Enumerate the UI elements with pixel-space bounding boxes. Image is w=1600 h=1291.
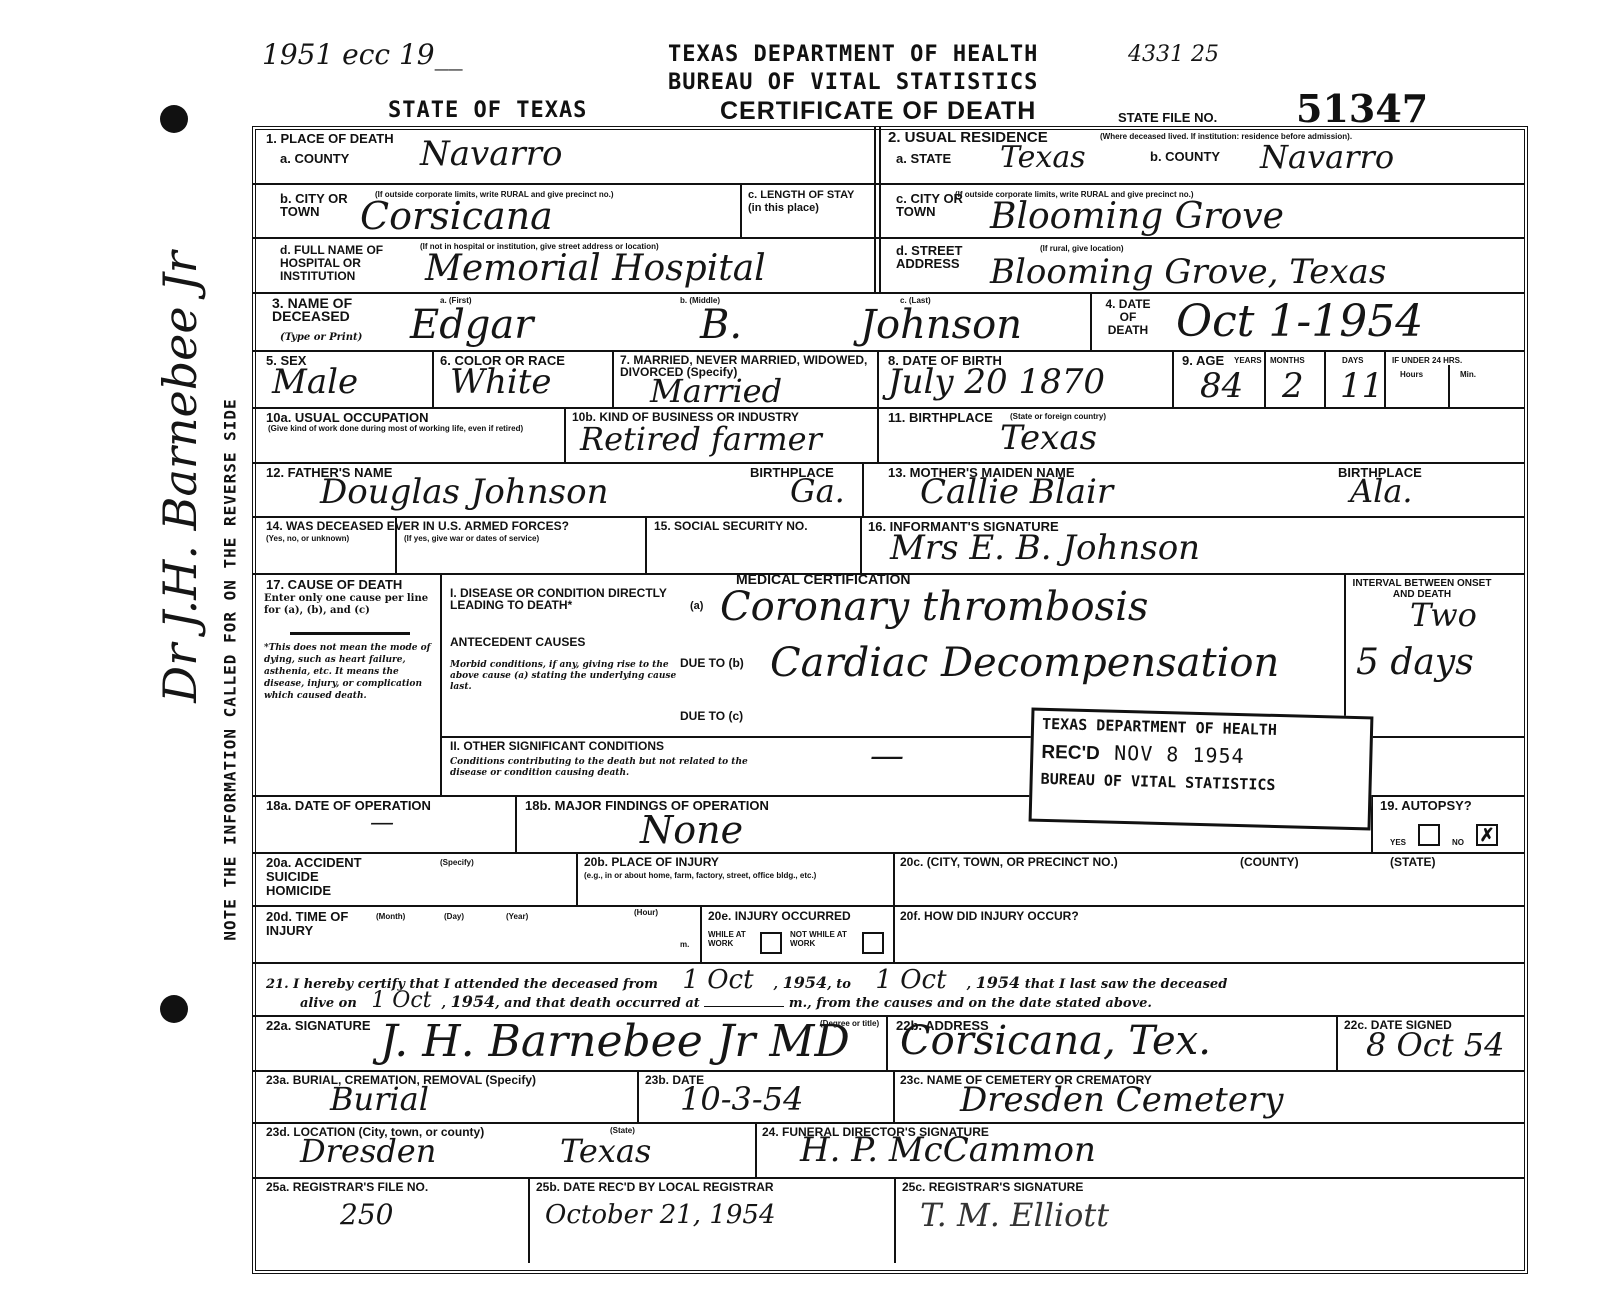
alive-on-label: alive on: [300, 996, 357, 1011]
burial-date-value[interactable]: 10-3-54: [680, 1080, 803, 1118]
condition-label: I. DISEASE OR CONDITION DIRECTLY LEADING…: [450, 587, 690, 611]
divider: [612, 350, 614, 407]
burial-type-value[interactable]: Burial: [330, 1080, 429, 1118]
res-state-value[interactable]: Texas: [1000, 140, 1086, 175]
divider: [637, 1070, 639, 1122]
age-months-value[interactable]: 2: [1282, 366, 1304, 406]
accident-label: 20a. ACCIDENT SUICIDE HOMICIDE: [266, 856, 376, 898]
other-conditions-value[interactable]: —: [870, 736, 904, 776]
injury-month-label: (Month): [376, 912, 405, 921]
cause-label: 17. CAUSE OF DEATH: [266, 578, 402, 591]
attended-from-value[interactable]: 1 Oct: [682, 965, 753, 995]
operation-findings-value[interactable]: None: [640, 808, 743, 852]
attended-to-year[interactable]: 1954: [976, 973, 1021, 992]
divider: [1264, 350, 1266, 407]
attended-from-year[interactable]: 1954: [783, 973, 828, 992]
informant-value[interactable]: Mrs E. B. Johnson: [890, 528, 1200, 568]
cause-b-marker: DUE TO (b): [680, 657, 744, 670]
mother-birthplace-value[interactable]: Ala.: [1350, 472, 1413, 510]
divider: [290, 632, 410, 635]
accident-specify: (Specify): [440, 858, 474, 867]
how-injury-label: 20f. HOW DID INJURY OCCUR?: [900, 910, 1079, 923]
divider: [893, 1070, 895, 1122]
operation-date-value[interactable]: —: [370, 808, 394, 836]
divider: [700, 905, 702, 962]
date-of-death-label: 4. DATE OF DEATH: [1100, 298, 1156, 337]
divider: [432, 350, 434, 407]
divider: [862, 462, 864, 516]
divider: [877, 350, 879, 462]
divider: [1324, 350, 1326, 407]
marital-value[interactable]: Married: [650, 372, 782, 410]
res-street-label: d. STREET ADDRESS: [896, 244, 976, 270]
under-24-label: IF UNDER 24 HRS.: [1392, 356, 1462, 365]
death-county-value[interactable]: Navarro: [420, 134, 562, 174]
divider: [252, 350, 1524, 352]
attended-to-value[interactable]: 1 Oct: [875, 965, 946, 995]
injury-hour-label: (Hour): [634, 908, 658, 917]
age-years-label: YEARS: [1234, 356, 1262, 365]
occupation-label: 10a. USUAL OCCUPATION: [266, 411, 429, 424]
alive-on-year[interactable]: 1954: [451, 992, 496, 1011]
birthplace-value[interactable]: Texas: [1000, 418, 1097, 458]
dob-value[interactable]: July 20 1870: [888, 362, 1105, 402]
agency-line-1: TEXAS DEPARTMENT OF HEALTH: [668, 42, 1038, 67]
reverse-side-note: NOTE THE INFORMATION CALLED FOR ON THE R…: [221, 270, 240, 1070]
physician-address-value[interactable]: Corsicana, Tex.: [900, 1018, 1211, 1064]
injury-county-label: (COUNTY): [1240, 856, 1299, 869]
divider: [252, 962, 1524, 964]
autopsy-label: 19. AUTOPSY?: [1380, 799, 1472, 812]
divider: [515, 795, 517, 852]
last-name-value[interactable]: Johnson: [860, 302, 1022, 348]
injury-state-label: (STATE): [1390, 856, 1436, 869]
stamp-date: NOV 8 1954: [1114, 741, 1245, 768]
cause-a-value[interactable]: Coronary thrombosis: [720, 584, 1148, 630]
state-of-texas: STATE OF TEXAS: [388, 98, 587, 123]
other-conditions-note: Conditions contributing to the death but…: [450, 757, 780, 779]
age-days-label: DAYS: [1342, 356, 1364, 365]
at-work-checkbox[interactable]: [760, 932, 782, 954]
divider: [252, 462, 1524, 464]
certify-text-b: that I last saw the deceased: [1025, 977, 1228, 992]
death-county-label: a. COUNTY: [280, 152, 349, 165]
autopsy-yes-label: YES: [1390, 838, 1406, 847]
other-conditions-label: II. OTHER SIGNIFICANT CONDITIONS: [450, 740, 664, 753]
res-street-value[interactable]: Blooming Grove, Texas: [990, 252, 1386, 292]
registrar-file-value[interactable]: 250: [340, 1198, 393, 1231]
divider: [893, 852, 895, 962]
date-signed-value[interactable]: 8 Oct 54: [1366, 1026, 1504, 1064]
divider: [1090, 292, 1092, 350]
funeral-director-value[interactable]: H. P. McCammon: [800, 1130, 1096, 1170]
divider: [252, 183, 1524, 185]
divider: [440, 573, 442, 795]
binder-hole-bottom: [160, 995, 188, 1023]
death-city-value[interactable]: Corsicana: [360, 194, 553, 238]
armed-forces-note-2: (If yes, give war or dates of service): [404, 534, 539, 543]
autopsy-no-label: NO: [1452, 838, 1464, 847]
burial-location-city[interactable]: Dresden: [300, 1132, 436, 1170]
divider: [755, 1122, 757, 1177]
divider: [564, 407, 566, 462]
at-work-label: WHILE AT WORK: [708, 930, 758, 948]
stamp-recd-label: REC'D: [1041, 742, 1100, 765]
cause-instructions: Enter only one cause per line for (a), (…: [264, 593, 434, 617]
first-name-value[interactable]: Edgar: [410, 302, 533, 348]
divider: [252, 1070, 1524, 1072]
min-label: Min.: [1460, 370, 1476, 379]
divider: [252, 1177, 1524, 1179]
divider: [252, 852, 1524, 854]
operation-date-label: 18a. DATE OF OPERATION: [266, 799, 431, 812]
injury-occurred-label: 20e. INJURY OCCURRED: [708, 910, 851, 923]
divider: [576, 852, 578, 905]
divider: [874, 126, 876, 292]
hospital-label: d. FULL NAME OF HOSPITAL OR INSTITUTION: [280, 244, 420, 283]
mother-value[interactable]: Callie Blair: [920, 472, 1113, 512]
injury-m-label: m.: [680, 940, 689, 949]
stamp-line-3: BUREAU OF VITAL STATISTICS: [1040, 770, 1360, 796]
cause-c-marker: DUE TO (c): [680, 710, 743, 723]
not-at-work-label: NOT WHILE AT WORK: [790, 930, 850, 948]
divider: [1336, 1015, 1338, 1070]
antecedent-label: ANTECEDENT CAUSES: [450, 636, 585, 649]
local-registrar-date-label: 25b. DATE REC'D BY LOCAL REGISTRAR: [536, 1181, 774, 1194]
burial-location-state[interactable]: Texas: [560, 1132, 651, 1170]
deceased-name-sub: (Type or Print): [280, 332, 362, 344]
date-of-death-value[interactable]: Oct 1-1954: [1176, 296, 1423, 347]
divider: [1371, 795, 1373, 852]
cause-b-value[interactable]: Cardiac Decompensation: [770, 640, 1279, 686]
place-of-injury-note: (e.g., in or about home, farm, factory, …: [584, 871, 824, 880]
received-stamp: TEXAS DEPARTMENT OF HEALTH REC'D NOV 8 1…: [1029, 708, 1374, 831]
res-state-label: a. STATE: [896, 152, 951, 165]
divider: [860, 516, 862, 573]
antecedent-note: Morbid conditions, if any, giving rise t…: [450, 660, 680, 693]
interval-a-value[interactable]: Two: [1410, 596, 1477, 634]
business-value[interactable]: Retired farmer: [580, 420, 822, 458]
birthplace-label: 11. BIRTHPLACE: [888, 411, 993, 424]
place-of-death-label: 1. PLACE OF DEATH: [266, 132, 394, 145]
autopsy-no-checkbox[interactable]: ✗: [1476, 824, 1498, 846]
divider: [740, 183, 742, 237]
deceased-name-label: 3. NAME OF DECEASED: [272, 297, 372, 323]
physician-signature-value[interactable]: J. H. Barnebee Jr MD: [380, 1016, 850, 1067]
not-at-work-checkbox[interactable]: [862, 932, 884, 954]
interval-b-value[interactable]: 5 days: [1356, 642, 1474, 683]
cause-footnote: *This does not mean the mode of dying, s…: [264, 642, 436, 702]
divider: [894, 1177, 896, 1263]
autopsy-yes-checkbox[interactable]: [1418, 824, 1440, 846]
header-handwritten-right: 4331 25: [1128, 42, 1219, 67]
local-registrar-date-value[interactable]: October 21, 1954: [545, 1200, 775, 1230]
res-county-value[interactable]: Navarro: [1260, 138, 1394, 176]
registrar-file-label: 25a. REGISTRAR'S FILE NO.: [266, 1181, 428, 1194]
age-days-value[interactable]: 11: [1340, 366, 1383, 406]
divider: [252, 1122, 1524, 1124]
header-handwritten-left: 1951 ecc 19__: [262, 38, 463, 71]
time-of-injury-label: 20d. TIME OF INJURY: [266, 910, 356, 938]
state-file-number: 51347: [1296, 86, 1428, 131]
age-years-value[interactable]: 84: [1200, 366, 1243, 406]
divider: [252, 407, 1524, 409]
cemetery-value[interactable]: Dresden Cemetery: [960, 1080, 1283, 1120]
length-of-stay-label: c. LENGTH OF STAY (in this place): [748, 189, 868, 215]
divider: [1344, 573, 1346, 736]
divider: [252, 292, 1524, 294]
divider: [645, 516, 647, 573]
agency-line-2: BUREAU OF VITAL STATISTICS: [668, 70, 1038, 95]
certificate-title: CERTIFICATE OF DEATH: [720, 97, 1036, 126]
binder-hole-top: [160, 105, 188, 133]
res-county-label: b. COUNTY: [1150, 150, 1220, 163]
divider: [252, 905, 1524, 907]
certify-text-c: , and that death occurred at: [495, 996, 700, 1011]
divider: [1448, 365, 1450, 407]
certify-text-a: 21. I hereby certify that I attended the…: [266, 977, 658, 992]
father-birthplace-value[interactable]: Ga.: [790, 472, 845, 510]
armed-forces-note-1: (Yes, no, or unknown): [266, 534, 349, 543]
certify-text-d: m., from the causes and on the date stat…: [789, 996, 1152, 1011]
death-city-label: b. CITY OR TOWN: [280, 192, 370, 218]
divider: [879, 126, 881, 292]
place-of-injury-label: 20b. PLACE OF INJURY: [584, 856, 719, 869]
alive-on-value[interactable]: 1 Oct: [371, 988, 431, 1013]
sex-value[interactable]: Male: [272, 362, 358, 402]
hours-label: Hours: [1400, 370, 1423, 379]
hospital-value[interactable]: Memorial Hospital: [425, 248, 766, 289]
age-months-label: MONTHS: [1270, 356, 1305, 365]
injury-city-label: 20c. (CITY, TOWN, OR PRECINCT NO.): [900, 856, 1118, 869]
occupation-note: (Give kind of work done during most of w…: [268, 424, 558, 433]
father-value[interactable]: Douglas Johnson: [320, 472, 609, 512]
res-city-value[interactable]: Blooming Grove: [990, 196, 1284, 237]
physician-signature-label: 22a. SIGNATURE: [266, 1019, 371, 1032]
divider: [1384, 350, 1386, 407]
divider: [886, 1015, 888, 1070]
cause-a-marker: (a): [690, 600, 703, 613]
certify-line-2: alive on 1 Oct, 1954, and that death occ…: [300, 995, 1152, 1010]
injury-year-label: (Year): [506, 912, 528, 921]
certify-to: to: [836, 977, 851, 992]
injury-day-label: (Day): [444, 912, 464, 921]
race-value[interactable]: White: [450, 362, 552, 402]
registrar-signature-value[interactable]: T. M. Elliott: [920, 1196, 1109, 1234]
side-signature: Dr J.H. Barnebee Jr: [153, 237, 207, 717]
armed-forces-label: 14. WAS DECEASED EVER IN U.S. ARMED FORC…: [266, 520, 569, 533]
middle-name-value[interactable]: B.: [700, 302, 742, 348]
ssn-label: 15. SOCIAL SECURITY NO.: [654, 520, 808, 533]
state-file-label: STATE FILE NO.: [1118, 111, 1217, 124]
registrar-signature-label: 25c. REGISTRAR'S SIGNATURE: [902, 1181, 1083, 1194]
divider: [528, 1177, 530, 1263]
stamp-line-1: TEXAS DEPARTMENT OF HEALTH: [1042, 715, 1362, 741]
divider: [252, 516, 1524, 518]
divider: [1172, 350, 1174, 407]
